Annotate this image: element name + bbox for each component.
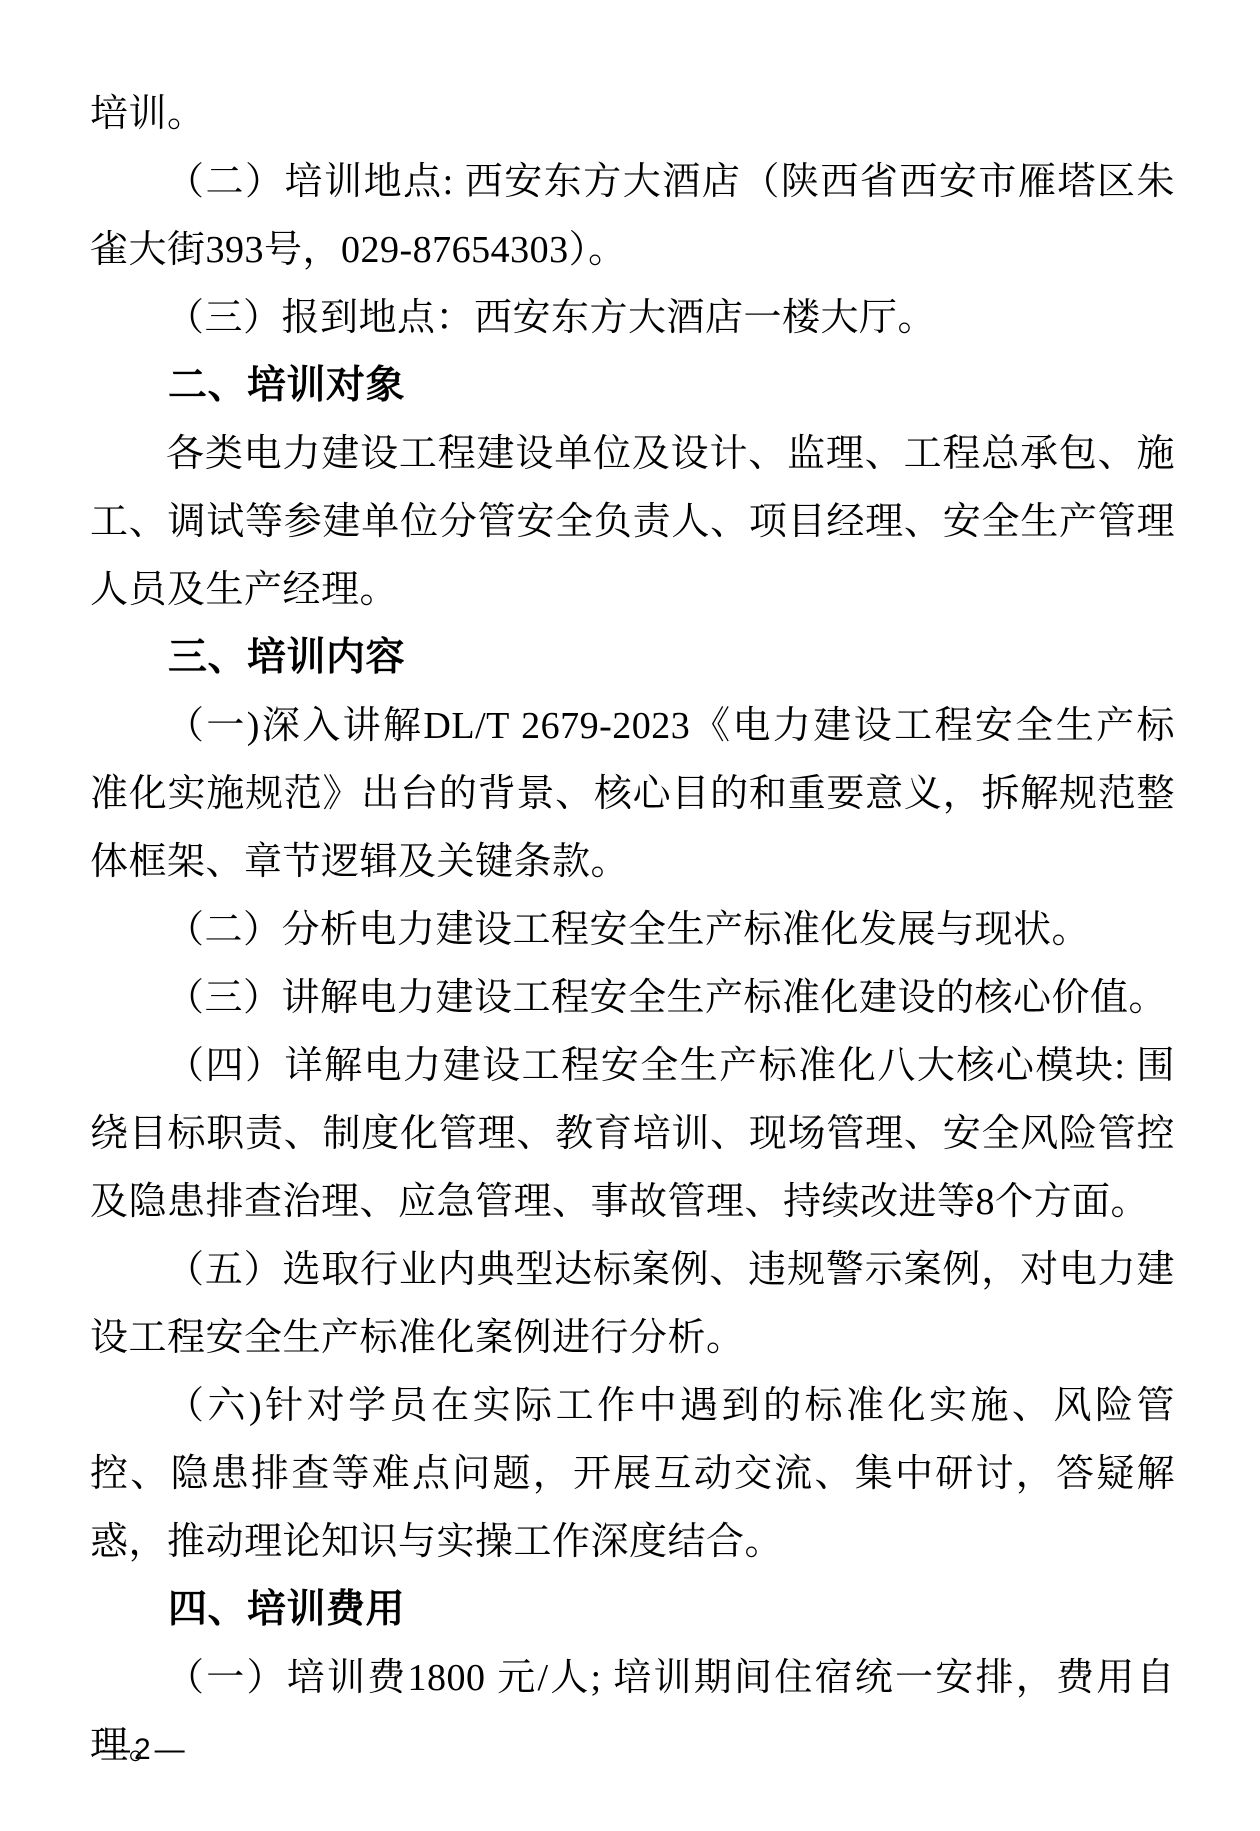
section-heading: 四、培训费用 bbox=[90, 1576, 1175, 1644]
paragraph: 各类电力建设工程建设单位及设计、监理、工程总承包、施工、调试等参建单位分管安全负… bbox=[90, 420, 1175, 624]
document-page: 培训。（二）培训地点: 西安东方大酒店（陕西省西安市雁塔区朱雀大街393号，02… bbox=[0, 0, 1260, 1831]
paragraph: 培训。 bbox=[90, 80, 1175, 148]
section-heading: 二、培训对象 bbox=[90, 352, 1175, 420]
paragraph: （六)针对学员在实际工作中遇到的标准化实施、风险管控、隐患排查等难点问题，开展互… bbox=[90, 1372, 1175, 1576]
paragraph: （二）培训地点: 西安东方大酒店（陕西省西安市雁塔区朱雀大街393号，029-8… bbox=[90, 148, 1175, 284]
paragraph: （一）培训费1800 元/人; 培训期间住宿统一安排，费用自理。 bbox=[90, 1644, 1175, 1780]
page-number: —2— bbox=[100, 1733, 189, 1767]
paragraph: （一)深入讲解DL/T 2679-2023《电力建设工程安全生产标准化实施规范》… bbox=[90, 692, 1175, 896]
paragraph: （二）分析电力建设工程安全生产标准化发展与现状。 bbox=[90, 896, 1175, 964]
section-heading: 三、培训内容 bbox=[90, 624, 1175, 692]
paragraph: （三）报到地点：西安东方大酒店一楼大厅。 bbox=[90, 284, 1175, 352]
paragraph: （四）详解电力建设工程安全生产标准化八大核心模块: 围绕目标职责、制度化管理、教… bbox=[90, 1032, 1175, 1236]
paragraph: （五）选取行业内典型达标案例、违规警示案例，对电力建设工程安全生产标准化案例进行… bbox=[90, 1236, 1175, 1372]
document-body: 培训。（二）培训地点: 西安东方大酒店（陕西省西安市雁塔区朱雀大街393号，02… bbox=[90, 80, 1175, 1780]
paragraph: （三）讲解电力建设工程安全生产标准化建设的核心价值。 bbox=[90, 964, 1175, 1032]
